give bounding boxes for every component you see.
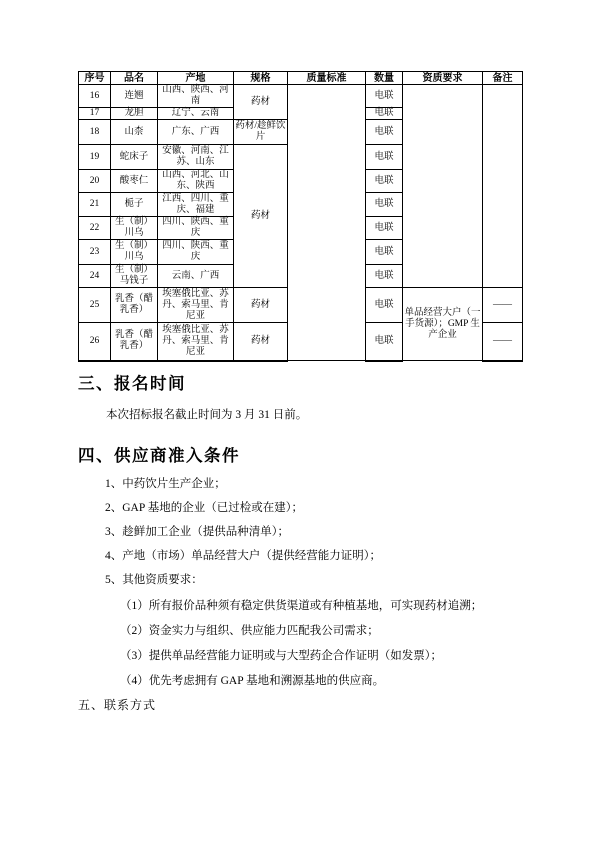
cell-quantity: 电联 [366,240,403,265]
column-header: 质量标准 [288,72,366,85]
cell-spec: 药材 [234,288,288,323]
column-header: 备注 [483,72,523,85]
document-sections: 三、报名时间 本次招标报名截止时间为 3 月 31 日前。 四、供应商准入条件 … [78,374,524,713]
cell-name: 乳香（醋乳香） [111,323,158,361]
cell-quantity: 电联 [366,265,403,288]
cell-name: 连翘 [111,85,158,108]
cell-quantity: 电联 [366,288,403,323]
section-5-heading: 五、联系方式 [78,697,524,713]
cell-index: 19 [79,145,111,170]
section-4-heading: 四、供应商准入条件 [78,446,524,467]
cell-name: 乳香（醋乳香） [111,288,158,323]
cell-name: 栀子 [111,193,158,217]
list-item: （3）提供单品经营能力证明或与大型药企合作证明（如发票）； [95,647,524,665]
cell-note: —— [483,323,523,361]
cell-origin: 广东、广西 [158,120,234,145]
cell-qualification [403,85,483,288]
cell-origin: 埃塞俄比亚、苏丹、索马里、肯尼亚 [158,288,234,323]
list-item: 2、GAP 基地的企业（已过检或在建）； [105,501,524,516]
cell-index: 24 [79,265,111,288]
cell-index: 21 [79,193,111,217]
cell-index: 23 [79,240,111,265]
cell-quantity: 电联 [366,323,403,361]
cell-name: 酸枣仁 [111,170,158,193]
list-item: （2）资金实力与组织、供应能力匹配我公司需求； [95,622,524,640]
list-item: （4）优先考虑拥有 GAP 基地和溯源基地的供应商。 [95,672,524,690]
cell-spec: 药材 [234,323,288,361]
cell-name: 山柰 [111,120,158,145]
column-header: 产地 [158,72,234,85]
cell-name: 生（制）川乌 [111,217,158,240]
cell-quantity: 电联 [366,120,403,145]
list-item: 4、产地（市场）单品经营大户（提供经营能力证明）； [105,549,524,564]
cell-index: 26 [79,323,111,361]
section-3-heading: 三、报名时间 [78,374,524,395]
cell-index: 18 [79,120,111,145]
cell-name: 蛇床子 [111,145,158,170]
cell-note: —— [483,288,523,323]
cell-quantity: 电联 [366,108,403,120]
cell-index: 25 [79,288,111,323]
cell-origin: 四川、陕西、重庆 [158,217,234,240]
list-item: （1）所有报价品种须有稳定供货渠道或有种植基地，可实现药材追溯； [95,597,524,615]
list-item: 1、中药饮片生产企业； [105,477,524,492]
cell-origin: 四川、陕西、重庆 [158,240,234,265]
column-header: 数量 [366,72,403,85]
cell-index: 17 [79,108,111,120]
cell-origin: 山西、陕西、河南 [158,85,234,108]
supplier-conditions-list: 1、中药饮片生产企业； 2、GAP 基地的企业（已过检或在建）； 3、趁鲜加工企… [105,477,524,588]
registration-deadline-paragraph: 本次招标报名截止时间为 3 月 31 日前。 [78,408,524,423]
cell-quantity: 电联 [366,170,403,193]
cell-quantity: 电联 [366,145,403,170]
column-header: 序号 [79,72,111,85]
cell-origin: 江西、四川、重庆、福建 [158,193,234,217]
cell-origin: 云南、广西 [158,265,234,288]
cell-spec: 药材/趁鲜饮片 [234,120,288,145]
cell-origin: 埃塞俄比亚、苏丹、索马里、肯尼亚 [158,323,234,361]
table-header-row: 序号品名产地规格质量标准数量资质要求备注 [79,72,523,85]
column-header: 规格 [234,72,288,85]
cell-index: 20 [79,170,111,193]
cell-qualification: 单品经营大户（一手货源）；GMP 生产企业 [403,288,483,361]
cell-quantity: 电联 [366,217,403,240]
list-item: 3、趁鲜加工企业（提供品种清单）； [105,525,524,540]
cell-origin: 安徽、河南、江苏、山东 [158,145,234,170]
list-item: 5、其他资质要求： [105,573,524,588]
cell-origin: 辽宁、云南 [158,108,234,120]
cell-spec: 药材 [234,85,288,120]
cell-quality-standard [288,85,366,361]
cell-name: 生（制）川乌 [111,240,158,265]
column-header: 资质要求 [403,72,483,85]
cell-name: 龙胆 [111,108,158,120]
other-requirements-list: （1）所有报价品种须有稳定供货渠道或有种植基地，可实现药材追溯； （2）资金实力… [78,597,524,690]
product-table: 序号品名产地规格质量标准数量资质要求备注16连翘山西、陕西、河南药材电联17龙胆… [78,71,523,362]
cell-name: 生（制）马钱子 [111,265,158,288]
cell-spec: 药材 [234,145,288,288]
cell-quantity: 电联 [366,85,403,108]
cell-quantity: 电联 [366,193,403,217]
cell-origin: 山西、河北、山东、陕西 [158,170,234,193]
column-header: 品名 [111,72,158,85]
document-page: 序号品名产地规格质量标准数量资质要求备注16连翘山西、陕西、河南药材电联17龙胆… [0,0,600,848]
cell-note [483,85,523,288]
table-row: 16连翘山西、陕西、河南药材电联 [79,85,523,108]
cell-index: 22 [79,217,111,240]
cell-index: 16 [79,85,111,108]
